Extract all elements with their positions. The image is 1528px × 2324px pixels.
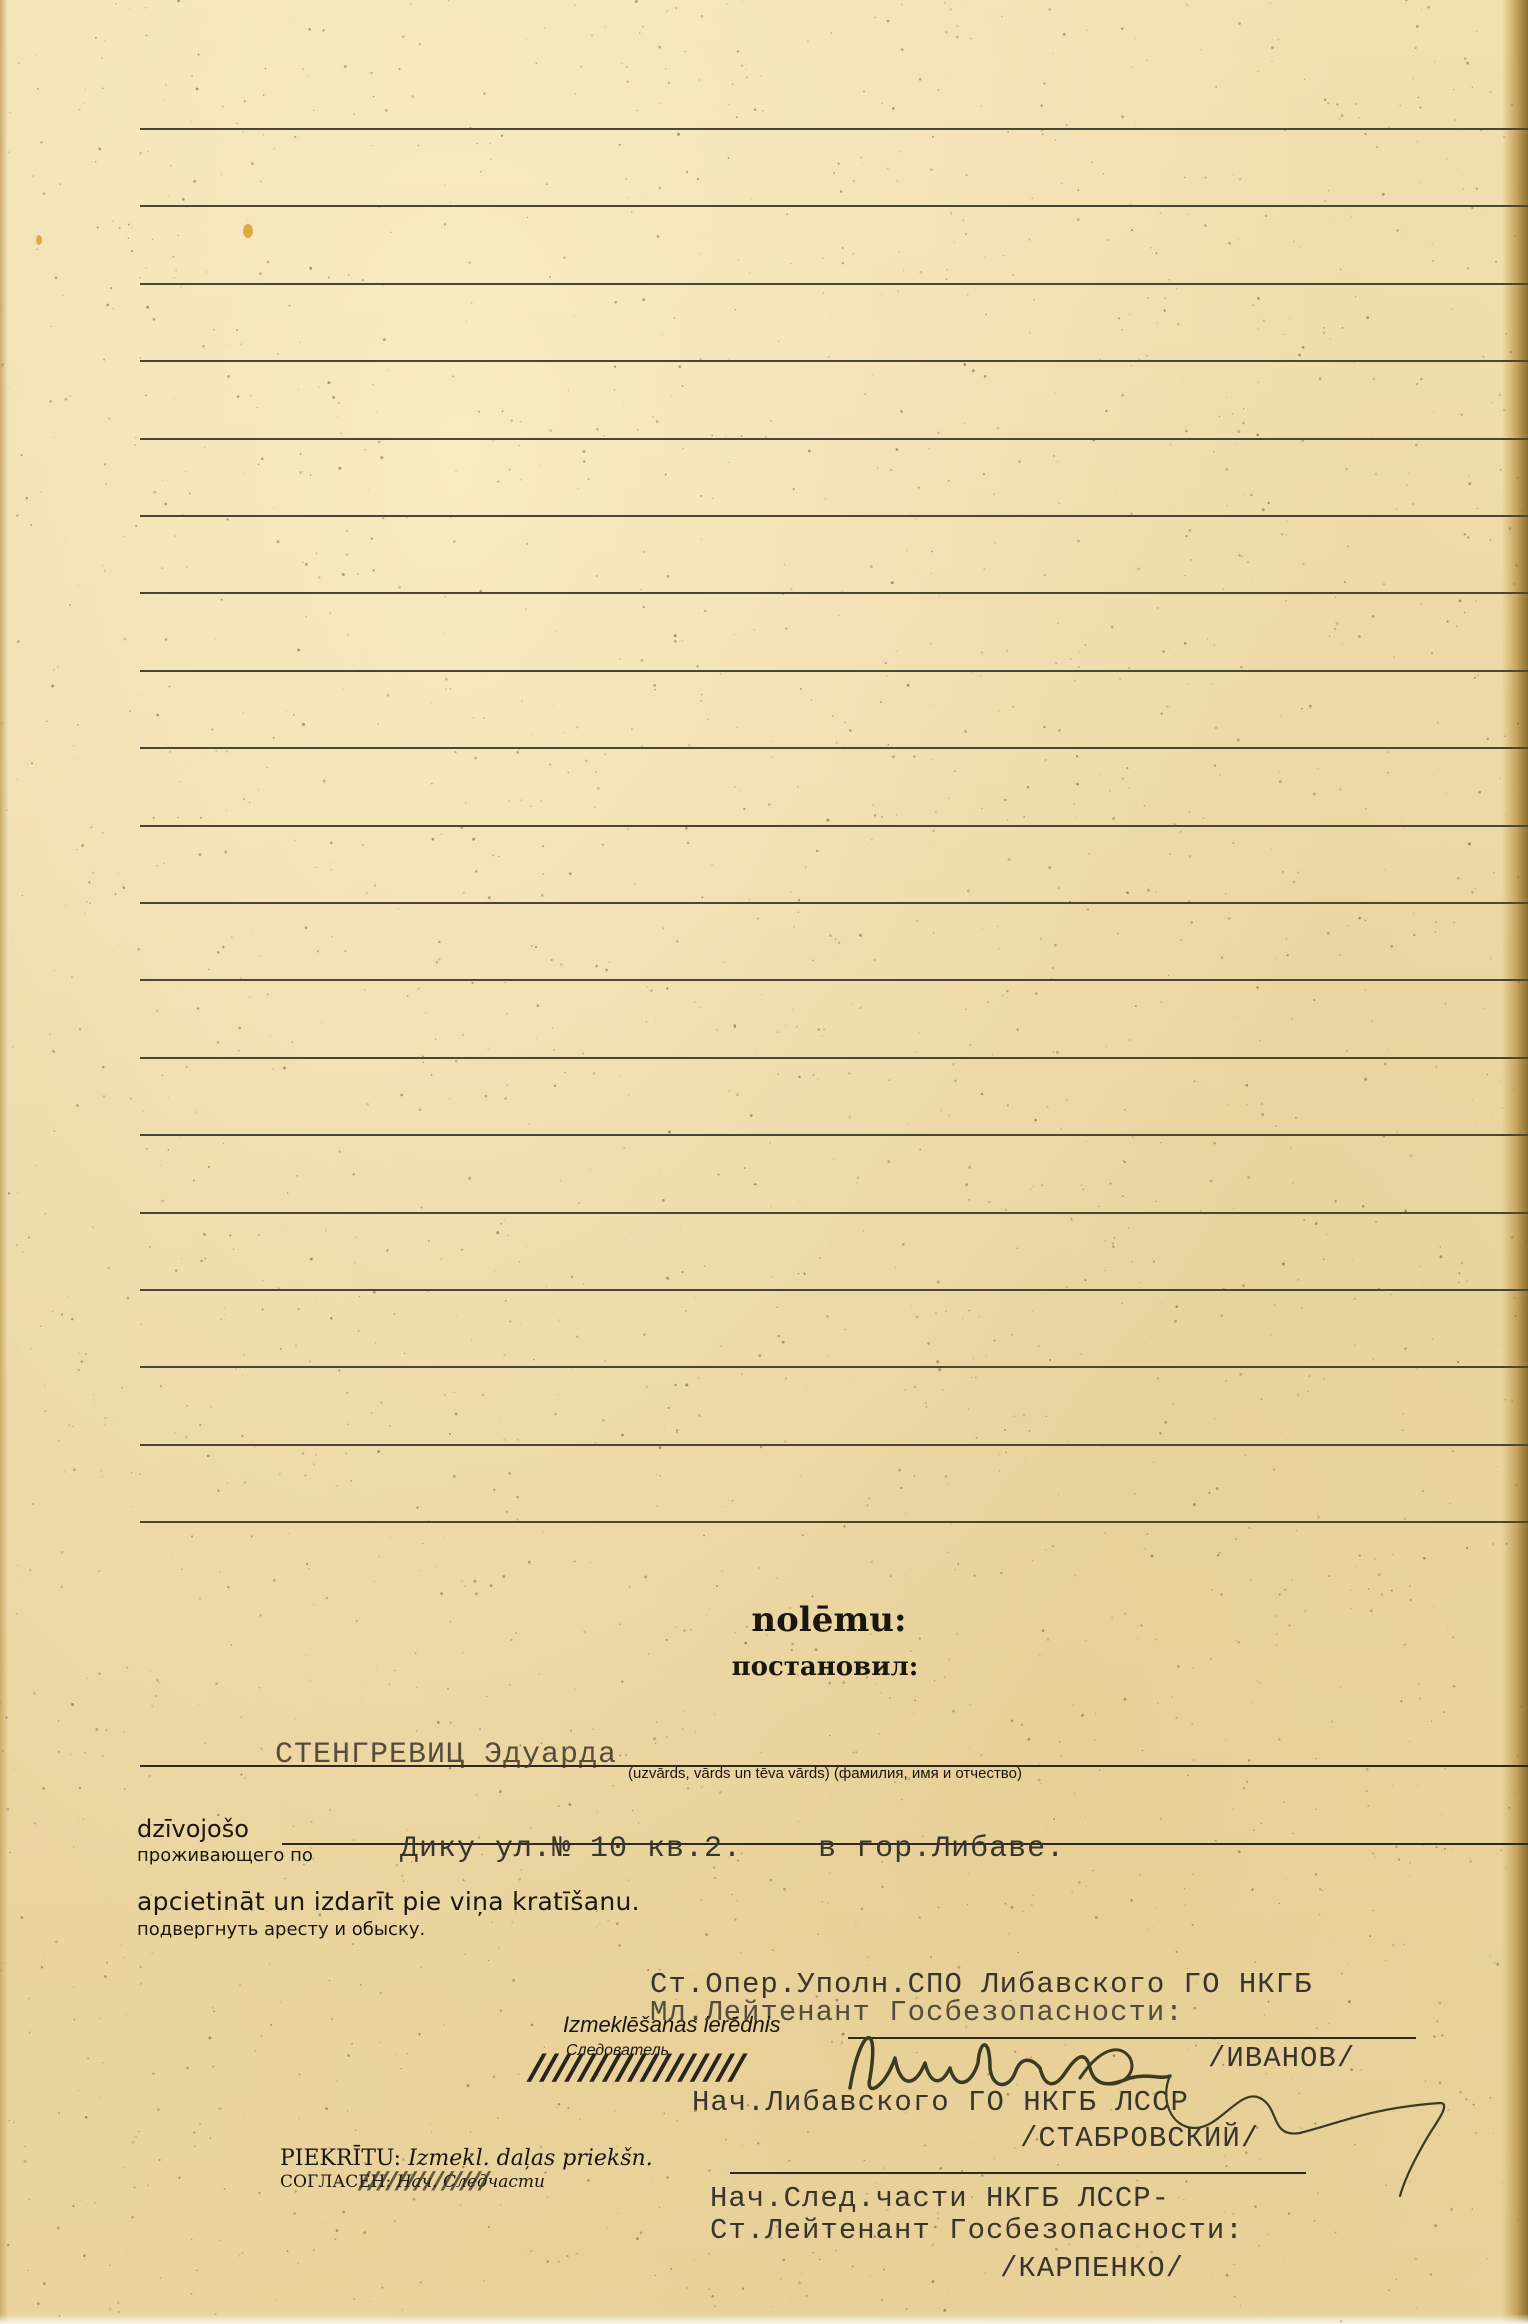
investigator-strikeout: ///////////////// bbox=[526, 2048, 747, 2091]
ruled-line bbox=[140, 1134, 1528, 1136]
paper-left-edge bbox=[0, 0, 8, 2324]
approval-title-line1: Нач.След.части НКГБ ЛССР- bbox=[710, 2182, 1170, 2215]
ruled-line bbox=[140, 128, 1528, 130]
approval-strikeout: ////////////// bbox=[357, 2166, 492, 2197]
ruled-line bbox=[140, 1212, 1528, 1214]
ruled-line bbox=[140, 592, 1528, 594]
ruled-line bbox=[140, 825, 1528, 827]
ruled-line bbox=[140, 1057, 1528, 1059]
paper-right-edge-shadow bbox=[1502, 0, 1528, 2324]
ruled-line bbox=[140, 438, 1528, 440]
ruled-line bbox=[140, 1444, 1528, 1446]
approval-title-line2: Ст.Лейтенант Госбезопасности: bbox=[710, 2214, 1244, 2247]
investigator-name: /ИВАНОВ/ bbox=[1208, 2042, 1355, 2075]
ruled-line bbox=[140, 283, 1528, 285]
ink-stain-small bbox=[36, 235, 42, 245]
ruled-line bbox=[140, 979, 1528, 981]
investigator-signature-line bbox=[848, 2037, 1416, 2039]
heading-decision-ru: постановил: bbox=[0, 1652, 1528, 1682]
residence-field-value: Дику ул.№ 10 кв.2. в гор.Либаве. bbox=[400, 1832, 1065, 1866]
paper-bottom-edge bbox=[0, 2314, 1528, 2324]
investigator-label-lv: Izmeklēšanas ierēdnis bbox=[563, 2012, 781, 2038]
decision-text-lv: apcietināt un izdarīt pie viņa kratīšanu… bbox=[137, 1887, 640, 1916]
branch-head-title: Нач.Либавского ГО НКГБ ЛССР bbox=[692, 2086, 1189, 2119]
name-field-value: СТЕНГРЕВИЦ Эдуарда bbox=[275, 1738, 617, 1772]
ruled-line bbox=[140, 515, 1528, 517]
ruled-line bbox=[140, 670, 1528, 672]
heading-decision-lv: nolēmu: bbox=[0, 1600, 1528, 1640]
approval-signature-line bbox=[730, 2172, 1306, 2174]
ink-stain bbox=[243, 224, 253, 238]
ruled-line bbox=[140, 902, 1528, 904]
approval-name: /КАРПЕНКО/ bbox=[1000, 2252, 1184, 2285]
residence-label-lv: dzīvojošo bbox=[137, 1815, 249, 1843]
ruled-line bbox=[140, 747, 1528, 749]
residence-label-ru: проживающего по bbox=[137, 1845, 313, 1866]
branch-head-name: /СТАБРОВСКИЙ/ bbox=[1020, 2122, 1259, 2155]
decision-text-ru: подвергнуть аресту и обыску. bbox=[137, 1919, 425, 1940]
ruled-line bbox=[140, 1521, 1528, 1523]
name-field-caption: (uzvārds, vārds un tēva vārds) (фамилия,… bbox=[628, 1765, 1022, 1782]
ruled-line bbox=[140, 360, 1528, 362]
ruled-line bbox=[140, 1366, 1528, 1368]
ruled-line bbox=[140, 205, 1528, 207]
ruled-line bbox=[140, 1289, 1528, 1291]
